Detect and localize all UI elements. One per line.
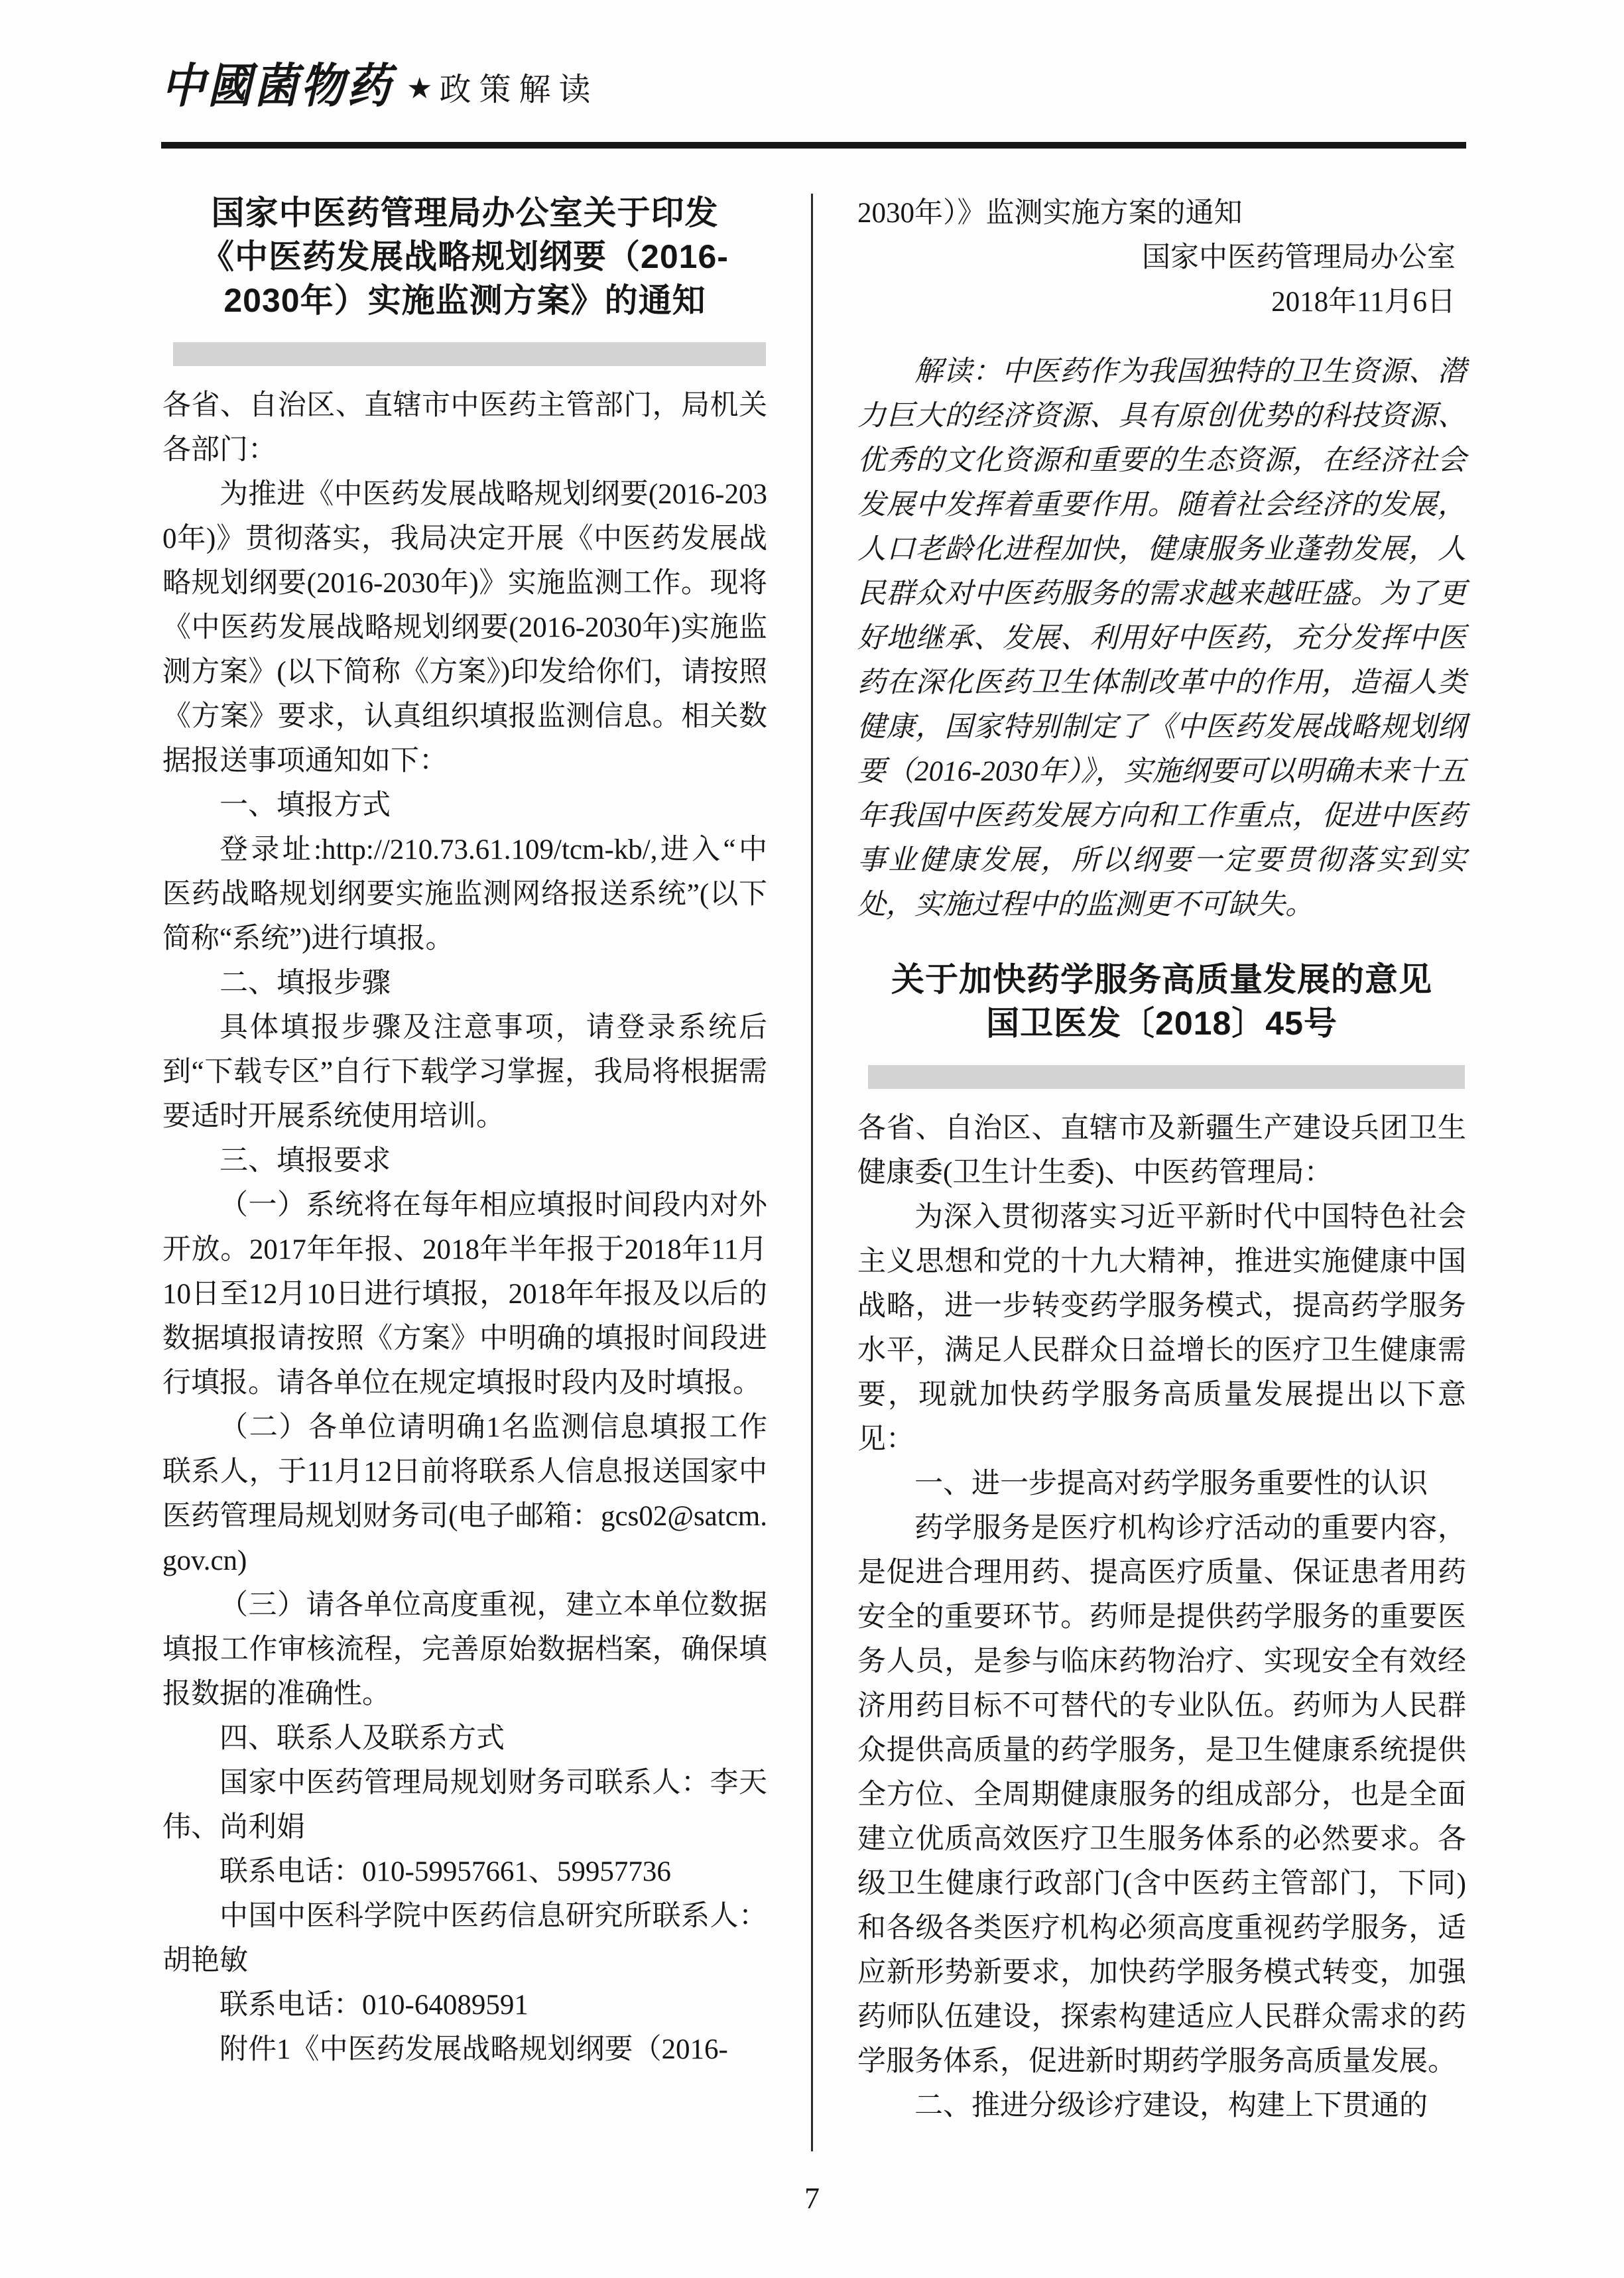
article1-title-line: 2030年）实施监测方案》的通知 [162,279,767,322]
section-heading: 四、联系人及联系方式 [162,1716,767,1761]
journal-page: 中國菌物药 ★ 政策解读 国家中医药管理局办公室关于印发 《中医药发展战略规划纲… [0,0,1624,2278]
right-column: 2030年）》监测实施方案的通知 国家中医药管理局办公室 2018年11月6日 … [857,191,1466,2128]
section-label: 政策解读 [439,74,598,106]
paragraph: 各省、自治区、直辖市中医药主管部门，局机关各部门： [162,383,767,472]
section-heading: 二、填报步骤 [162,961,767,1005]
paragraph: 为推进《中医药发展战略规划纲要(2016-2030年)》贯彻落实，我局决定开展《… [162,472,767,783]
journal-logo: 中國菌物药 [161,62,393,109]
article2-title-line: 关于加快药学服务高质量发展的意见 [857,958,1466,1001]
section-heading: 三、填报要求 [162,1139,767,1183]
paragraph: 具体填报步骤及注意事项，请登录系统后到“下载专区”自行下载学习掌握，我局将根据需… [162,1005,767,1139]
article1-title-line: 《中医药发展战略规划纲要（2016- [162,235,767,279]
paragraph: 各省、自治区、直辖市及新疆生产建设兵团卫生健康委(卫生计生委)、中医药管理局： [857,1106,1466,1195]
star-icon: ★ [406,74,432,103]
title-divider-bar [173,342,766,366]
page-number: 7 [0,2183,1624,2214]
section-heading: 一、填报方式 [162,783,767,828]
title-divider-bar [868,1065,1465,1089]
paragraph: 中国中医科学院中医药信息研究所联系人：胡艳敏 [162,1894,767,1983]
page-header: 中國菌物药 ★ 政策解读 [161,64,598,107]
section-heading: 一、进一步提高对药学服务重要性的认识 [857,1462,1466,1506]
section-heading: 二、推进分级诊疗建设，构建上下贯通的 [857,2084,1466,2128]
paragraph: 联系电话：010-59957661、59957736 [162,1850,767,1894]
article1-title: 国家中医药管理局办公室关于印发 《中医药发展战略规划纲要（2016- 2030年… [162,191,767,322]
paragraph: （三）请各单位高度重视，建立本单位数据填报工作审核流程，完善原始数据档案，确保填… [162,1583,767,1716]
article1-title-line: 国家中医药管理局办公室关于印发 [162,191,767,235]
interpretation-paragraph: 解读：中医药作为我国独特的卫生资源、潜力巨大的经济资源、具有原创优势的科技资源、… [857,349,1466,927]
left-column: 国家中医药管理局办公室关于印发 《中医药发展战略规划纲要（2016- 2030年… [162,191,767,2072]
paragraph: 附件1《中医药发展战略规划纲要（2016- [162,2027,767,2072]
article1-title-continuation: 2030年）》监测实施方案的通知 [857,191,1466,235]
paragraph: 药学服务是医疗机构诊疗活动的重要内容，是促进合理用药、提高医疗质量、保证患者用药… [857,1506,1466,2084]
signature-line: 国家中医药管理局办公室 [857,235,1466,280]
paragraph: （一）系统将在每年相应填报时间段内对外开放。2017年年报、2018年半年报于2… [162,1183,767,1405]
article2-title-line: 国卫医发〔2018〕45号 [857,1001,1466,1045]
paragraph: 为深入贯彻落实习近平新时代中国特色社会主义思想和党的十九大精神，推进实施健康中国… [857,1195,1466,1462]
header-rule [161,142,1466,149]
date-line: 2018年11月6日 [857,280,1466,324]
paragraph: （二）各单位请明确1名监测信息填报工作联系人，于11月12日前将联系人信息报送国… [162,1405,767,1583]
paragraph: 联系电话：010-64089591 [162,1983,767,2027]
article2-title: 关于加快药学服务高质量发展的意见 国卫医发〔2018〕45号 [857,958,1466,1045]
paragraph: 国家中医药管理局规划财务司联系人：李天伟、尚利娟 [162,1761,767,1850]
paragraph: 登录址:http://210.73.61.109/tcm-kb/,进入“中医药战… [162,828,767,961]
column-divider [811,194,813,2151]
